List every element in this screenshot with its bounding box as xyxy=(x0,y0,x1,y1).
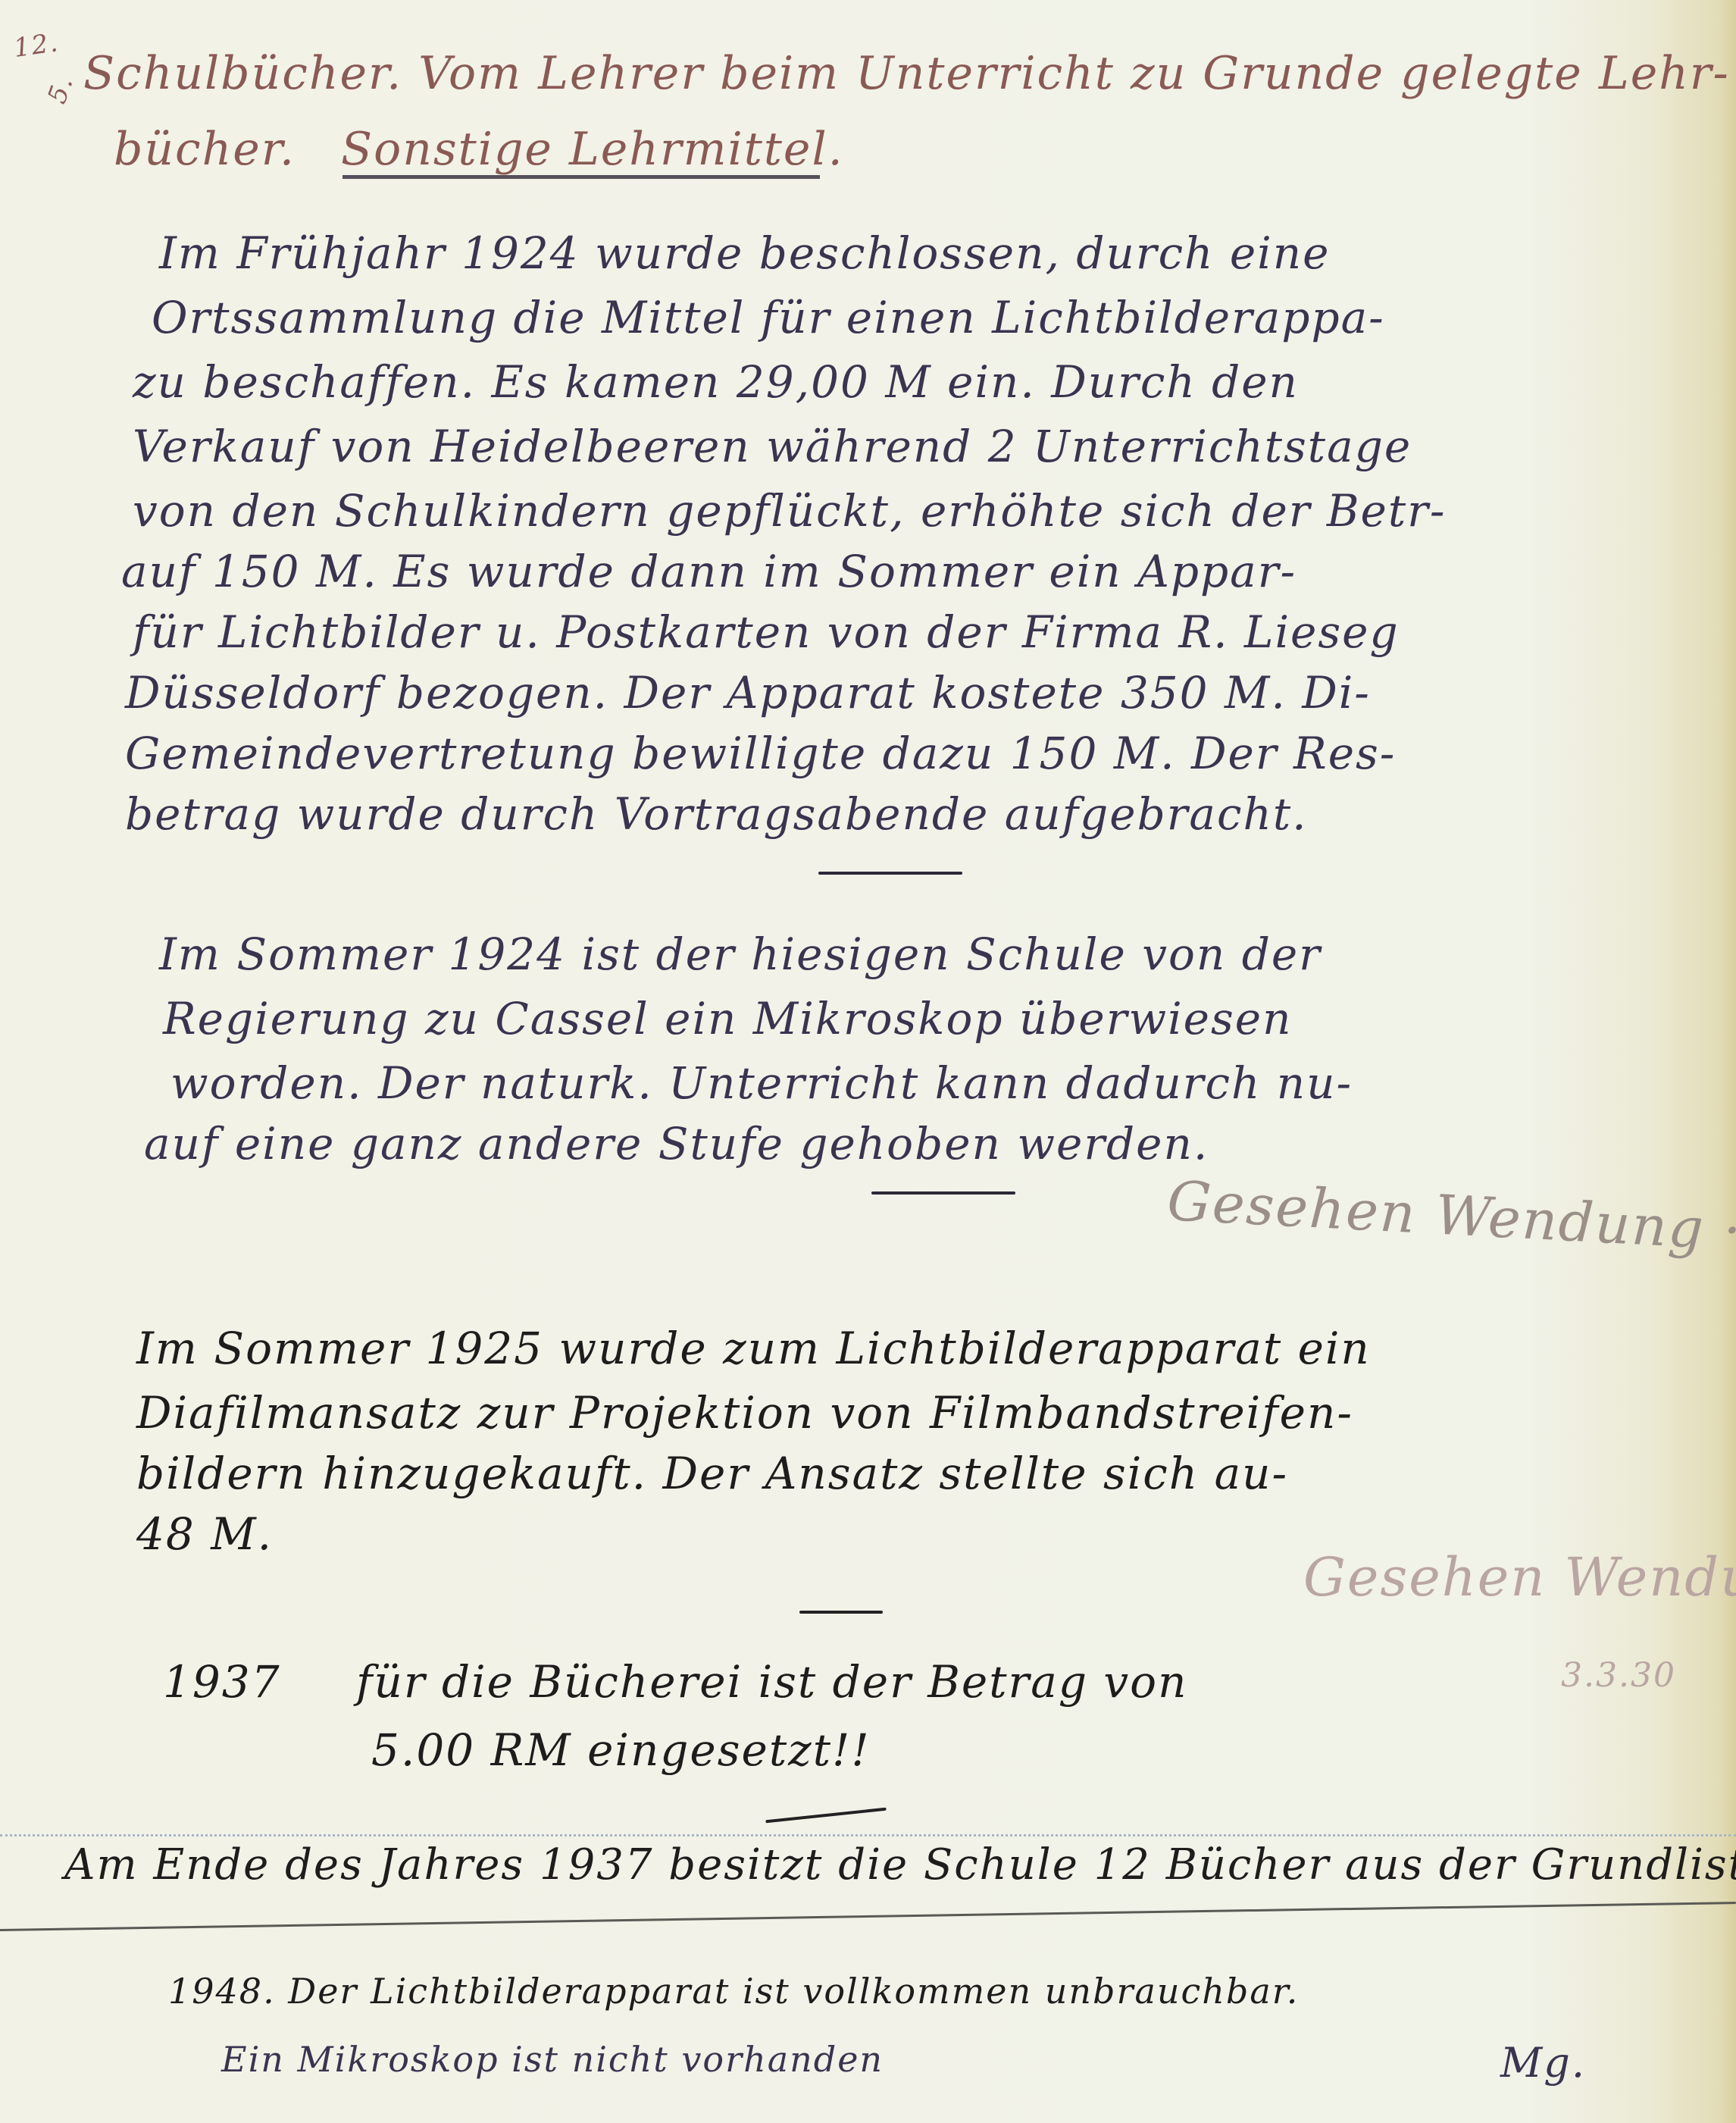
signature-pencil-1: Gesehen Wendung · 25.11.2 xyxy=(1166,1169,1736,1275)
ledger-page: 12. 5. Schulbücher. Vom Lehrer beim Unte… xyxy=(0,0,1736,2123)
section-heading-line-1: Schulbücher. Vom Lehrer beim Unterricht … xyxy=(83,47,1730,100)
entry-line: Düsseldorf bezogen. Der Apparat kostete … xyxy=(125,667,1371,719)
signature-pencil-2-date: 3.3.30 xyxy=(1561,1656,1676,1695)
entry-line: von den Schulkindern gepflückt, erhöhte … xyxy=(133,485,1447,537)
initials: Mg. xyxy=(1500,2039,1586,2087)
separator-rule xyxy=(871,1191,1015,1195)
entry-line: auf 150 M. Es wurde dann im Sommer ein A… xyxy=(121,546,1297,597)
separator-rule xyxy=(818,872,962,875)
entry-line: bildern hinzugekauft. Der Ansatz stellte… xyxy=(136,1448,1288,1499)
entry-line: Ortssammlung die Mittel für einen Lichtb… xyxy=(152,292,1385,343)
entry-line: 48 M. xyxy=(136,1508,273,1560)
entry-line: Im Sommer 1925 wurde zum Lichtbilderappa… xyxy=(136,1323,1371,1374)
signature-pencil-2: Gesehen Wendung xyxy=(1303,1546,1736,1608)
entry-line: Ein Mikroskop ist nicht vorhanden xyxy=(221,2039,884,2080)
entry-line: betrag wurde durch Vortragsabende aufgeb… xyxy=(125,788,1308,840)
section-heading-line-2-prefix: bücher. xyxy=(114,123,296,176)
ruled-line xyxy=(0,1834,1736,1836)
entry-line: worden. Der naturk. Unterricht kann dadu… xyxy=(170,1057,1353,1109)
margin-number-5: 5. xyxy=(42,71,80,108)
entry-line: Verkauf von Heidelbeeren während 2 Unter… xyxy=(133,421,1412,472)
heading-underline xyxy=(343,175,820,179)
entry-line: Gemeindevertretung bewilligte dazu 150 M… xyxy=(125,728,1396,779)
entry-line: Regierung zu Cassel ein Mikroskop überwi… xyxy=(163,993,1292,1044)
separator-rule xyxy=(799,1611,883,1614)
entry-line: Im Sommer 1924 ist der hiesigen Schule v… xyxy=(159,928,1322,980)
entry-line: auf eine ganz andere Stufe gehoben werde… xyxy=(144,1118,1209,1170)
separator-rule xyxy=(765,1808,887,1824)
entry-line: für Lichtbilder u. Postkarten von der Fi… xyxy=(133,606,1400,658)
entry-line: Diafilmansatz zur Projektion von Filmban… xyxy=(136,1387,1353,1439)
entry-line: Im Frühjahr 1924 wurde beschlossen, durc… xyxy=(159,227,1330,279)
margin-number-12: 12. xyxy=(12,27,61,64)
entry-line: 1948. Der Lichtbilderapparat ist vollkom… xyxy=(168,1971,1299,2012)
section-heading-line-2-underlined: Sonstige Lehrmittel. xyxy=(341,123,844,176)
entry-line: für die Bücherei ist der Betrag von xyxy=(356,1656,1187,1708)
entry-year: 1937 xyxy=(163,1656,281,1708)
entry-1937-end-line: Am Ende des Jahres 1937 besitzt die Schu… xyxy=(64,1840,1736,1890)
entry-line: zu beschaffen. Es kamen 29,00 M ein. Dur… xyxy=(133,356,1299,408)
ruled-line xyxy=(0,1902,1736,1931)
entry-line: 5.00 RM eingesetzt!! xyxy=(371,1724,871,1776)
